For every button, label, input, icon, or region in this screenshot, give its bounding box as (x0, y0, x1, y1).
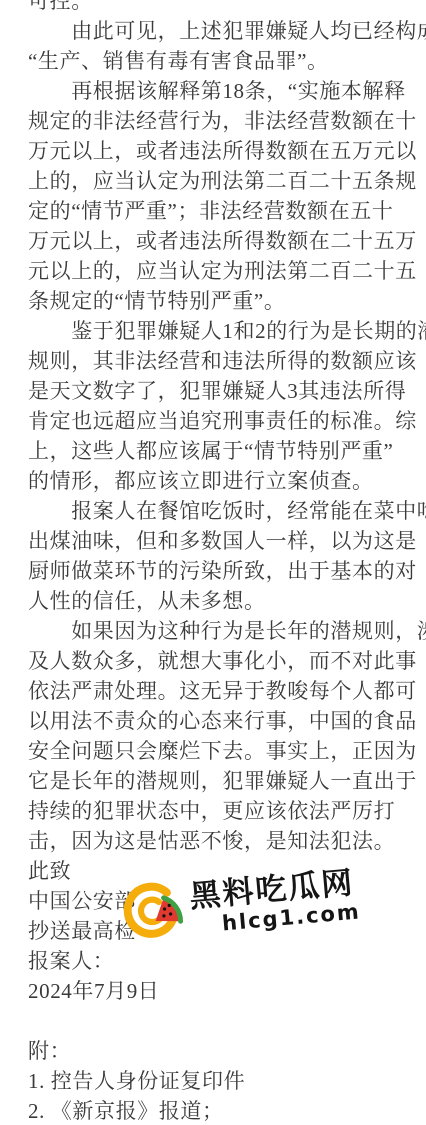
text-line: 出煤油味，但和多数国人一样，以为这是 (28, 526, 412, 556)
watermelon-citrus-logo-icon (121, 877, 189, 948)
text-line: 规定的非法经营行为，非法经营数额在十 (28, 106, 412, 136)
text-line: 鉴于犯罪嫌疑人1和2的行为是长期的潜 (28, 316, 412, 346)
text-line: 定的“情节严重”；非法经营数额在五十 (28, 196, 412, 226)
text-line: 报案人： (28, 946, 412, 976)
text-line: 1. 控告人身份证复印件 (28, 1066, 412, 1096)
text-line: 击，因为这是怙恶不悛，是知法犯法。 (28, 826, 412, 856)
text-line: 附： (28, 1036, 412, 1066)
document-body: 可控。 由此可见，上述犯罪嫌疑人均已经构成“生产、销售有毒有害食品罪”。 再根据… (28, 0, 412, 1125)
text-line: 是天文数字了，犯罪嫌疑人3其违法所得 (28, 376, 412, 406)
text-line: 及人数众多，就想大事化小，而不对此事 (28, 646, 412, 676)
document-page: 可控。 由此可见，上述犯罪嫌疑人均已经构成“生产、销售有毒有害食品罪”。 再根据… (0, 0, 426, 1125)
text-line: 2024年7月9日 (28, 976, 412, 1006)
text-line: 依法严肃处理。这无异于教唆每个人都可 (28, 676, 412, 706)
text-line: 再根据该解释第18条，“实施本解释 (28, 76, 412, 106)
text-line: 由此可见，上述犯罪嫌疑人均已经构成 (28, 16, 412, 46)
text-line: 可控。 (28, 0, 412, 16)
text-line: 条规定的“情节特别严重”。 (28, 286, 412, 316)
text-line (28, 1006, 412, 1036)
text-line: 如果因为这种行为是长年的潜规则，涉 (28, 616, 412, 646)
text-line: 它是长年的潜规则，犯罪嫌疑人一直出于 (28, 766, 412, 796)
text-line: 人性的信任，从未多想。 (28, 586, 412, 616)
text-line: 上，这些人都应该属于“情节特别严重” (28, 436, 412, 466)
text-line: 安全问题只会糜烂下去。事实上，正因为 (28, 736, 412, 766)
text-line: 厨师做菜环节的污染所致，出于基本的对 (28, 556, 412, 586)
text-line: 规则，其非法经营和违法所得的数额应该 (28, 346, 412, 376)
text-line: 的情形，都应该立即进行立案侦查。 (28, 466, 412, 496)
text-line: 2. 《新京报》报道； (28, 1096, 412, 1125)
text-line: 万元以上，或者违法所得数额在五万元以 (28, 136, 412, 166)
text-line: 以用法不责众的心态来行事，中国的食品 (28, 706, 412, 736)
text-line: 元以上的，应当认定为刑法第二百二十五 (28, 256, 412, 286)
text-line: “生产、销售有毒有害食品罪”。 (28, 46, 412, 76)
text-line: 持续的犯罪状态中，更应该依法严厉打 (28, 796, 412, 826)
text-line: 万元以上，或者违法所得数额在二十五万 (28, 226, 412, 256)
text-line: 上的，应当认定为刑法第二百二十五条规 (28, 166, 412, 196)
text-line: 报案人在餐馆吃饭时，经常能在菜中吃 (28, 496, 412, 526)
text-line: 肯定也远超应当追究刑事责任的标准。综 (28, 406, 412, 436)
